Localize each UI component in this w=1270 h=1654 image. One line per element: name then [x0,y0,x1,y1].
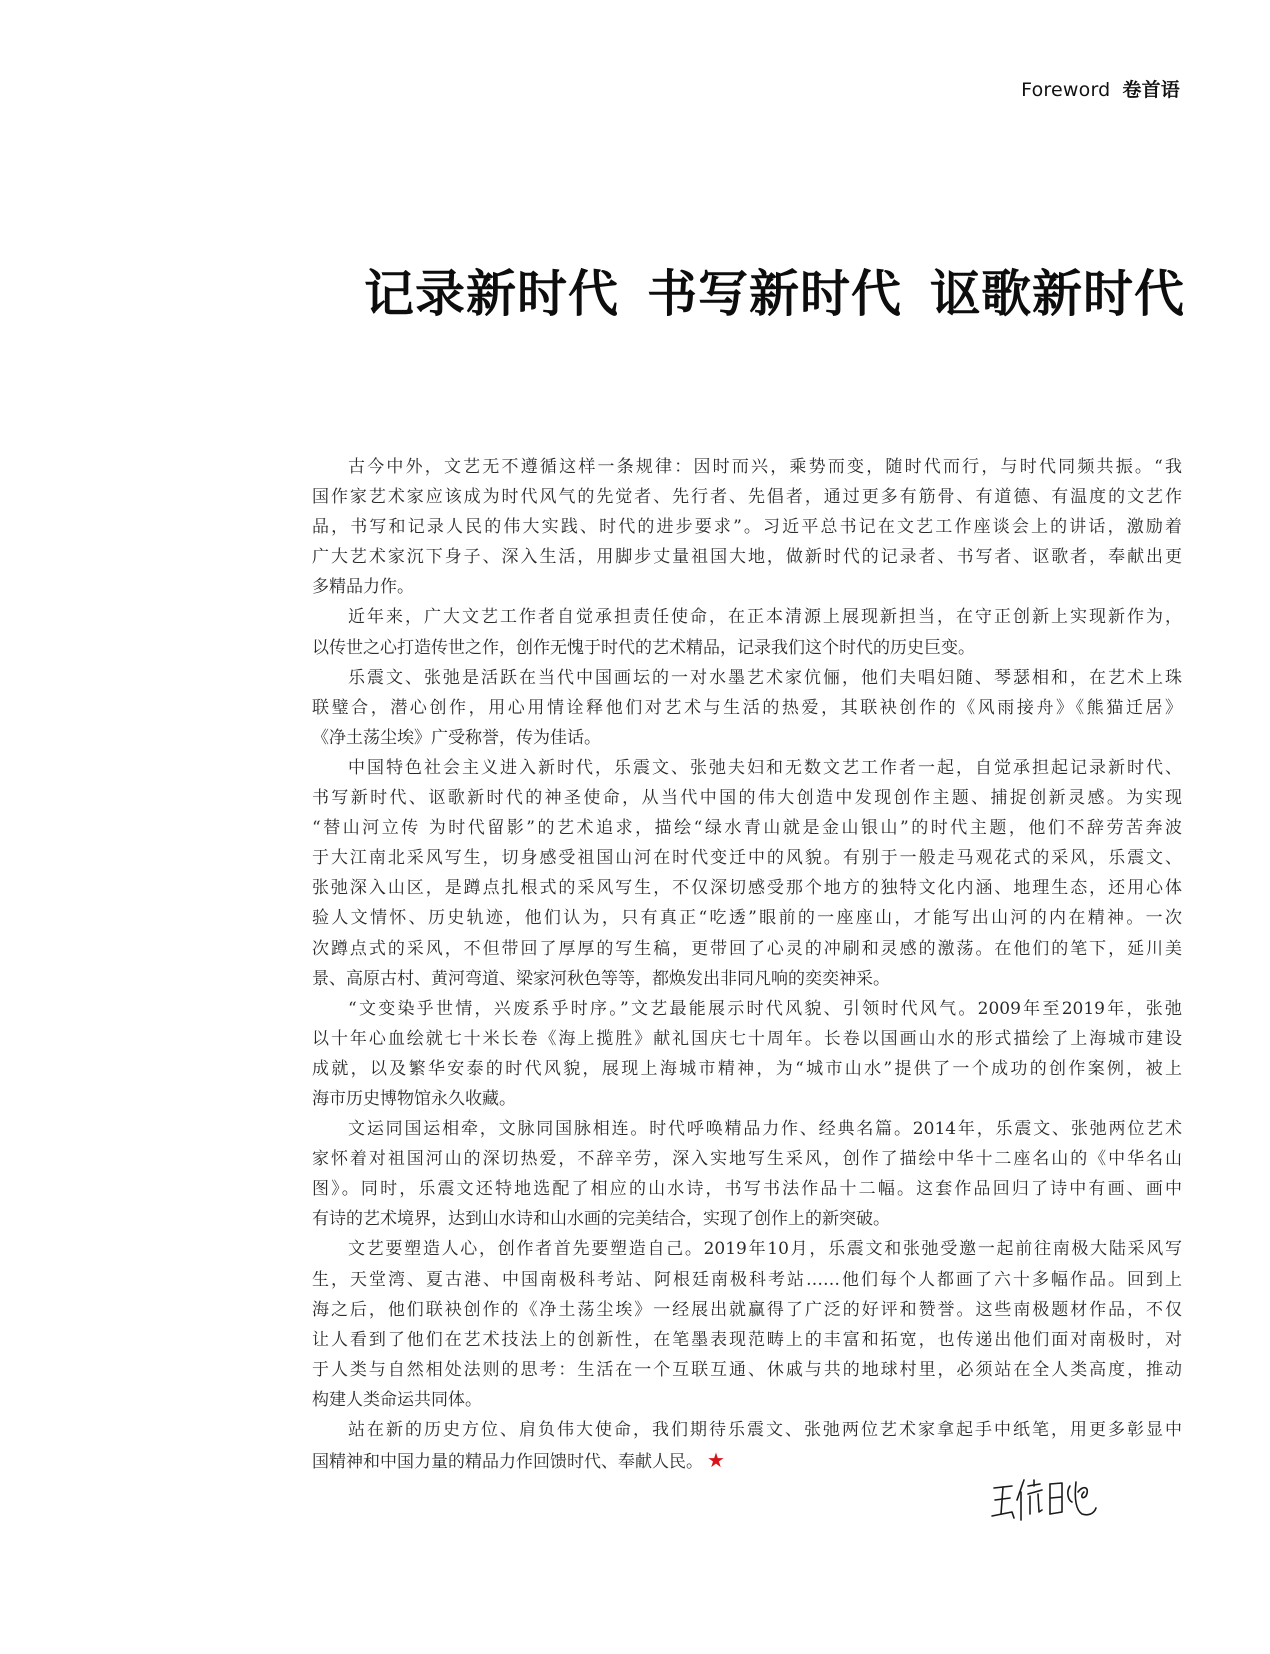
text-line: 验人文情怀、历史轨迹，他们认为，只有真正“吃透”眼前的一座座山，才能写出山河的内… [312,903,1182,933]
paragraph: 文运同国运相牵，文脉同国脉相连。时代呼唤精品力作、经典名篇。2014年，乐震文、… [312,1114,1182,1234]
text-line: 文运同国运相牵，文脉同国脉相连。时代呼唤精品力作、经典名篇。2014年，乐震文、… [312,1114,1182,1144]
section-label-cn: 卷首语 [1122,79,1180,101]
paragraph: “文变染乎世情，兴废系乎时序。”文艺最能展示时代风貌、引领时代风气。2009年至… [312,994,1182,1114]
text-line: 于人类与自然相处法则的思考：生活在一个互联互通、休戚与共的地球村里，必须站在全人… [312,1355,1182,1385]
author-signature [990,1470,1110,1530]
text-line: 近年来，广大文艺工作者自觉承担责任使命，在正本清源上展现新担当，在守正创新上实现… [312,602,1182,632]
text-line: 图》。同时，乐震文还特地选配了相应的山水诗，书写书法作品十二幅。这套作品回归了诗… [312,1174,1182,1204]
text-line: 家怀着对祖国河山的深切热爱，不辞辛劳，深入实地写生采风，创作了描绘中华十二座名山… [312,1144,1182,1174]
article-body: 古今中外，文艺无不遵循这样一条规律：因时而兴，乘势而变，随时代而行，与时代同频共… [312,452,1182,1475]
section-header: Foreword卷首语 [1021,75,1180,102]
text-line: 广大艺术家沉下身子、深入生活，用脚步丈量祖国大地，做新时代的记录者、书写者、讴歌… [312,542,1182,572]
text-line: 海市历史博物馆永久收藏。 [312,1084,1182,1114]
text-line: 景、高原古村、黄河弯道、梁家河秋色等等，都焕发出非同凡响的奕奕神采。 [312,964,1182,994]
section-label-en: Foreword [1021,79,1110,101]
signature-icon [990,1470,1110,1530]
text-line: 生，天堂湾、夏古港、中国南极科考站、阿根廷南极科考站……他们每个人都画了六十多幅… [312,1265,1182,1295]
text-line: 有诗的艺术境界，达到山水诗和山水画的完美结合，实现了创作上的新突破。 [312,1204,1182,1234]
paragraph: 中国特色社会主义进入新时代，乐震文、张弛夫妇和无数文艺工作者一起，自觉承担起记录… [312,753,1182,994]
text-line: 中国特色社会主义进入新时代，乐震文、张弛夫妇和无数文艺工作者一起，自觉承担起记录… [312,753,1182,783]
text-line: 国作家艺术家应该成为时代风气的先觉者、先行者、先倡者，通过更多有筋骨、有道德、有… [312,482,1182,512]
text-line: 乐震文、张弛是活跃在当代中国画坛的一对水墨艺术家伉俪，他们夫唱妇随、琴瑟相和，在… [312,663,1182,693]
text-line: 《净土荡尘埃》广受称誉，传为佳话。 [312,723,1182,753]
text-line: 张弛深入山区，是蹲点扎根式的采风写生，不仅深切感受那个地方的独特文化内涵、地理生… [312,873,1182,903]
text-line: 多精品力作。 [312,572,1182,602]
page-title: 记录新时代书写新时代讴歌新时代 [315,262,1185,326]
paragraph: 近年来，广大文艺工作者自觉承担责任使命，在正本清源上展现新担当，在守正创新上实现… [312,602,1182,662]
text-line: 文艺要塑造人心，创作者首先要塑造自己。2019年10月，乐震文和张弛受邀一起前往… [312,1234,1182,1264]
text-line: 品，书写和记录人民的伟大实践、时代的进步要求”。习近平总书记在文艺工作座谈会上的… [312,512,1182,542]
text-line: 以传世之心打造传世之作，创作无愧于时代的艺术精品，记录我们这个时代的历史巨变。 [312,633,1182,663]
text-line: 书写新时代、讴歌新时代的神圣使命，从当代中国的伟大创造中发现创作主题、捕捉创新灵… [312,783,1182,813]
text-line: 让人看到了他们在艺术技法上的创新性，在笔墨表现范畴上的丰富和拓宽，也传递出他们面… [312,1325,1182,1355]
text-line: 海之后，他们联袂创作的《净土荡尘埃》一经展出就赢得了广泛的好评和赞誉。这些南极题… [312,1295,1182,1325]
text-line: 以十年心血绘就七十米长卷《海上揽胜》献礼国庆七十周年。长卷以国画山水的形式描绘了… [312,1024,1182,1054]
text-line: 联璧合，潜心创作，用心用情诠释他们对艺术与生活的热爱，其联袂创作的《风雨接舟》《… [312,693,1182,723]
text-line: 成就，以及繁华安泰的时代风貌，展现上海城市精神，为“城市山水”提供了一个成功的创… [312,1054,1182,1084]
paragraph: 古今中外，文艺无不遵循这样一条规律：因时而兴，乘势而变，随时代而行，与时代同频共… [312,452,1182,602]
paragraph: 文艺要塑造人心，创作者首先要塑造自己。2019年10月，乐震文和张弛受邀一起前往… [312,1234,1182,1415]
text-line: 于大江南北采风写生，切身感受祖国山河在时代变迁中的风貌。有别于一般走马观花式的采… [312,843,1182,873]
end-star-icon: ★ [707,1448,725,1472]
text-line: “替山河立传 为时代留影”的艺术追求，描绘“绿水青山就是金山银山”的时代主题，他… [312,813,1182,843]
title-part-3: 讴歌新时代 [930,264,1185,323]
text-line: “文变染乎世情，兴废系乎时序。”文艺最能展示时代风貌、引领时代风气。2009年至… [312,994,1182,1024]
paragraph: 乐震文、张弛是活跃在当代中国画坛的一对水墨艺术家伉俪，他们夫唱妇随、琴瑟相和，在… [312,663,1182,753]
paragraph: 站在新的历史方位、肩负伟大使命，我们期待乐震文、张弛两位艺术家拿起手中纸笔，用更… [312,1415,1182,1475]
text-line: 古今中外，文艺无不遵循这样一条规律：因时而兴，乘势而变，随时代而行，与时代同频共… [312,452,1182,482]
title-part-2: 书写新时代 [647,264,902,323]
text-line: 构建人类命运共同体。 [312,1385,1182,1415]
title-part-1: 记录新时代 [364,264,619,323]
text-line: 次蹲点式的采风，不但带回了厚厚的写生稿，更带回了心灵的冲刷和灵感的激荡。在他们的… [312,934,1182,964]
text-line: 站在新的历史方位、肩负伟大使命，我们期待乐震文、张弛两位艺术家拿起手中纸笔，用更… [312,1415,1182,1445]
closing-text: 国精神和中国力量的精品力作回馈时代、奉献人民。 [312,1452,703,1472]
